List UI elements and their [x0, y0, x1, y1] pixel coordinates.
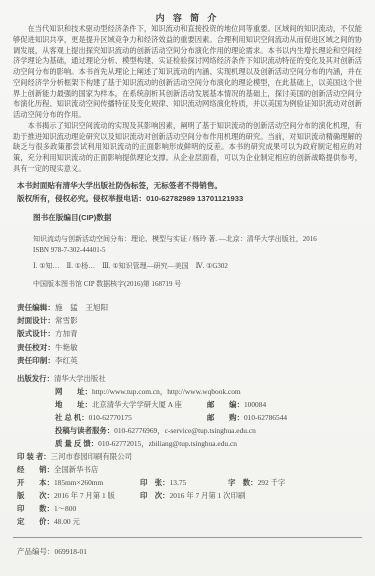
- isbn-line: ISBN 978-7-302-44401-5: [33, 245, 365, 256]
- website-label: 网 址：: [55, 387, 92, 396]
- printer-label: 印 装 者：: [17, 452, 51, 461]
- page-title: 内 容 简 介: [0, 12, 375, 24]
- format-row: 开 本：185mm×260mm 印 张：13.75 字 数：292 千字: [17, 476, 365, 489]
- distributor-label: 经 销：: [17, 465, 54, 474]
- impression-label: 印 次：: [140, 491, 170, 500]
- mailorder-label: 邮 购：: [207, 413, 244, 422]
- edition-value: 2016 年 7 月第 1 版: [54, 491, 115, 500]
- product-number-row: 产品编号：069918-01: [17, 546, 375, 558]
- copies-label: 印 数：: [17, 504, 54, 513]
- edition-row: 版 次：2016 年 7 月第 1 版 印 次：2016 年 7 月第 1 次印…: [17, 489, 365, 502]
- website-row: 网 址：http://www.tup.com.cn，http://www.wqb…: [17, 385, 365, 398]
- anti-piracy-notice: 本书封面贴有清华大学出版社防伪标签，无标签者不得销售。 版权所有，侵权必究。侵权…: [17, 179, 361, 205]
- product-number-value: 069918-01: [55, 547, 88, 556]
- distributor-row: 经 销：全国新华书店: [17, 463, 365, 476]
- proofreader-label: 责任校对：: [17, 343, 55, 352]
- print-supervisor-value: 李红英: [55, 356, 78, 365]
- print-supervisor-label: 责任印制：: [17, 356, 55, 365]
- printer-row: 印 装 者：三河市春园印刷有限公司: [17, 450, 365, 463]
- website-value: http://www.tup.com.cn，http://www.wqbook.…: [92, 387, 241, 396]
- cip-data-block: 图书在版编目(CIP)数据 知识流动与创新活动空间分布：理论、模型与实证 / 杨…: [33, 212, 365, 290]
- price-label: 定 价：: [17, 517, 54, 526]
- postcode-label: 邮 编：: [207, 400, 244, 409]
- wordcount-label: 字 数：: [228, 478, 258, 487]
- copies-value: 1～800: [54, 504, 76, 513]
- reader-service-value: 010-62776969，c-service@tup.tsinghua.edu.…: [114, 426, 256, 435]
- address-row: 地 址：北京清华大学学研大厦 A 座 邮 编：100084: [17, 398, 365, 411]
- postcode-pair: 邮 编：100084: [207, 398, 266, 411]
- copyright-page: 内 容 简 介 在当代知识和技术驱动型经济条件下，知识流动和直接投资的地位同等重…: [0, 0, 375, 576]
- layout-design-label: 版式设计：: [17, 329, 55, 338]
- publisher-row: 出版发行：清华大学出版社: [17, 372, 365, 385]
- staff-row-layout-design: 版式设计：方加青: [17, 327, 375, 340]
- staff-credits-block: 责任编辑：施 猛 王旭阳 封面设计：常雪影 版式设计：方加青 责任校对：牛艳敏 …: [17, 301, 375, 367]
- price-value: 48.00 元: [54, 517, 80, 526]
- notice-line-1: 本书封面贴有清华大学出版社防伪标签，无标签者不得销售。: [17, 179, 361, 192]
- quality-feedback-row: 质 量 反 馈：010-62772015，zhiliang@tup.tsingh…: [17, 437, 365, 450]
- content-summary: 在当代知识和技术驱动型经济条件下，知识流动和直接投资的地位同等重要。区域间的知识…: [13, 24, 362, 175]
- editor-label: 责任编辑：: [17, 303, 55, 312]
- proofreader-value: 牛艳敏: [55, 343, 78, 352]
- quality-feedback-label: 质 量 反 馈：: [55, 439, 98, 448]
- reader-service-label: 投稿与读者服务：: [55, 426, 114, 435]
- switchboard-row: 社 总 机：010-62770175 邮 购：010-62786544: [17, 411, 365, 424]
- address-label: 地 址：: [55, 400, 92, 409]
- wordcount-pair: 字 数：292 千字: [228, 476, 285, 489]
- cover-design-label: 封面设计：: [17, 316, 55, 325]
- impression-pair: 印 次：2016 年 7 月第 1 次印刷: [140, 489, 245, 502]
- sheets-label: 印 张：: [140, 478, 170, 487]
- postcode-value: 100084: [244, 400, 266, 409]
- staff-row-print-supervisor: 责任印制：李红英: [17, 354, 375, 367]
- price-row: 定 价：48.00 元: [17, 515, 365, 528]
- bottom-divider: [13, 537, 362, 538]
- format-value: 185mm×260mm: [54, 478, 103, 487]
- summary-paragraph-1: 在当代知识和技术驱动型经济条件下，知识流动和直接投资的地位同等重要。区域间的知识…: [13, 24, 362, 121]
- cip-record-number: 中国版本图书馆 CIP 数据核字(2016)第 168719 号: [33, 279, 365, 290]
- mailorder-pair: 邮 购：010-62786544: [207, 411, 287, 424]
- distributor-value: 全国新华书店: [54, 465, 98, 474]
- staff-row-cover-design: 封面设计：常雪影: [17, 314, 375, 327]
- impression-value: 2016 年 7 月第 1 次印刷: [170, 491, 246, 500]
- format-label: 开 本：: [17, 478, 54, 487]
- publisher-label: 出版发行：: [17, 374, 54, 383]
- switchboard-value: 010-62770175: [89, 413, 132, 422]
- switchboard-label: 社 总 机：: [55, 413, 89, 422]
- cip-record-line: 知识流动与创新活动空间分布：理论、模型与实证 / 杨玲 著. —北京：清华大学出…: [33, 234, 365, 245]
- reader-service-row: 投稿与读者服务：010-62776969，c-service@tup.tsing…: [17, 424, 365, 437]
- cip-classification-line: Ⅰ. ①知… Ⅱ. ①杨… Ⅲ. ①知识管理—研究—美国 Ⅳ. ①G302: [33, 261, 365, 272]
- cover-design-value: 常雪影: [55, 316, 78, 325]
- sheets-value: 13.75: [170, 478, 187, 487]
- printing-info-block: 印 装 者：三河市春园印刷有限公司 经 销：全国新华书店 开 本：185mm×2…: [17, 450, 365, 528]
- sheets-pair: 印 张：13.75: [140, 476, 186, 489]
- copies-row: 印 数：1～800: [17, 502, 365, 515]
- publisher-name: 清华大学出版社: [54, 374, 106, 383]
- layout-design-value: 方加青: [55, 329, 78, 338]
- mailorder-value: 010-62786544: [244, 413, 287, 422]
- cip-heading: 图书在版编目(CIP)数据: [33, 212, 365, 224]
- editor-value: 施 猛 王旭阳: [55, 303, 108, 312]
- staff-row-proofreader: 责任校对：牛艳敏: [17, 341, 375, 354]
- printer-value: 三河市春园印刷有限公司: [51, 452, 132, 461]
- notice-line-2: 版权所有，侵权必究。侵权举报电话：010-62782989 1370112193…: [17, 192, 361, 205]
- quality-feedback-value: 010-62772015，zhiliang@tup.tsinghua.edu.c…: [98, 439, 237, 448]
- publisher-block: 出版发行：清华大学出版社 网 址：http://www.tup.com.cn，h…: [17, 372, 365, 450]
- address-value: 北京清华大学学研大厦 A 座: [92, 400, 182, 409]
- summary-paragraph-2: 本书揭示了知识空间流动的实现及其影响因素，阐明了基于知识流动的创新活动空间分布的…: [13, 121, 362, 175]
- wordcount-value: 292 千字: [258, 478, 286, 487]
- edition-label: 版 次：: [17, 491, 54, 500]
- staff-row-editor: 责任编辑：施 猛 王旭阳: [17, 301, 375, 314]
- product-number-label: 产品编号：: [17, 547, 55, 556]
